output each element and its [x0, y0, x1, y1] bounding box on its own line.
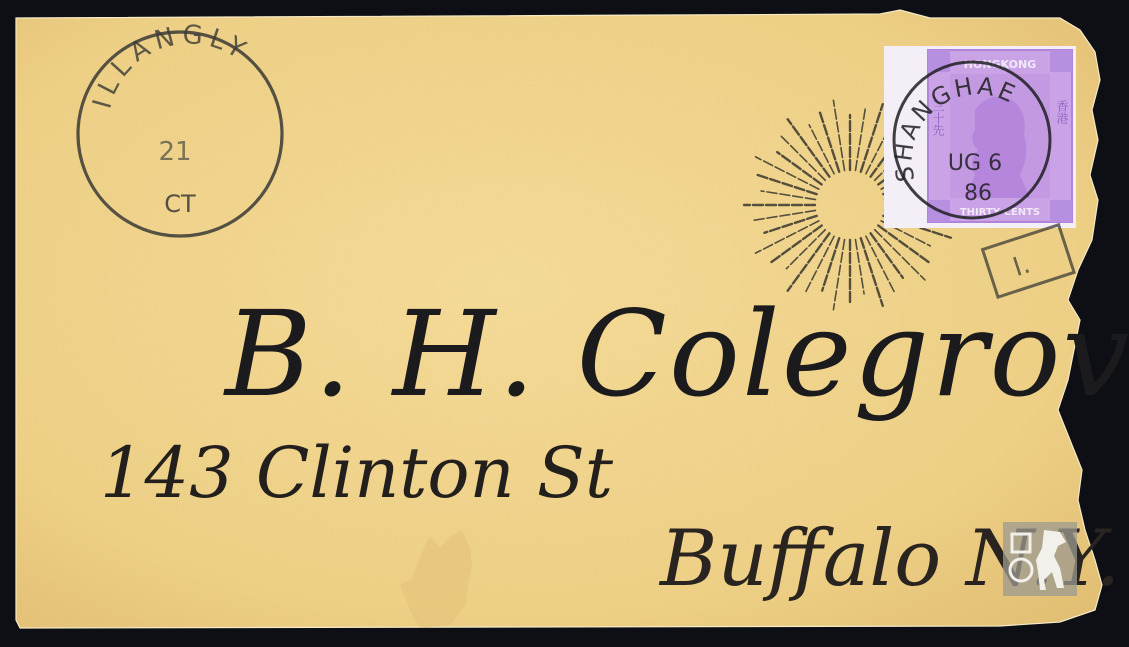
address-street: 143 Clinton St	[100, 432, 614, 514]
stamp-chinese-right: 香港	[1055, 100, 1069, 124]
postmark-date: 21	[158, 137, 191, 167]
stamp-country: HONGKONG	[964, 58, 1036, 71]
watermark-logo	[1003, 522, 1077, 596]
cancel-year: 86	[964, 181, 992, 206]
address-name: B. H. Colegrove Esq	[223, 285, 1129, 423]
postmark-state: CT	[164, 190, 196, 218]
cancel-date: UG 6	[948, 151, 1002, 176]
envelope-scene: ILLANGLY 21 CT HONGKONG THIRTY CENTS 三十先…	[0, 0, 1129, 647]
